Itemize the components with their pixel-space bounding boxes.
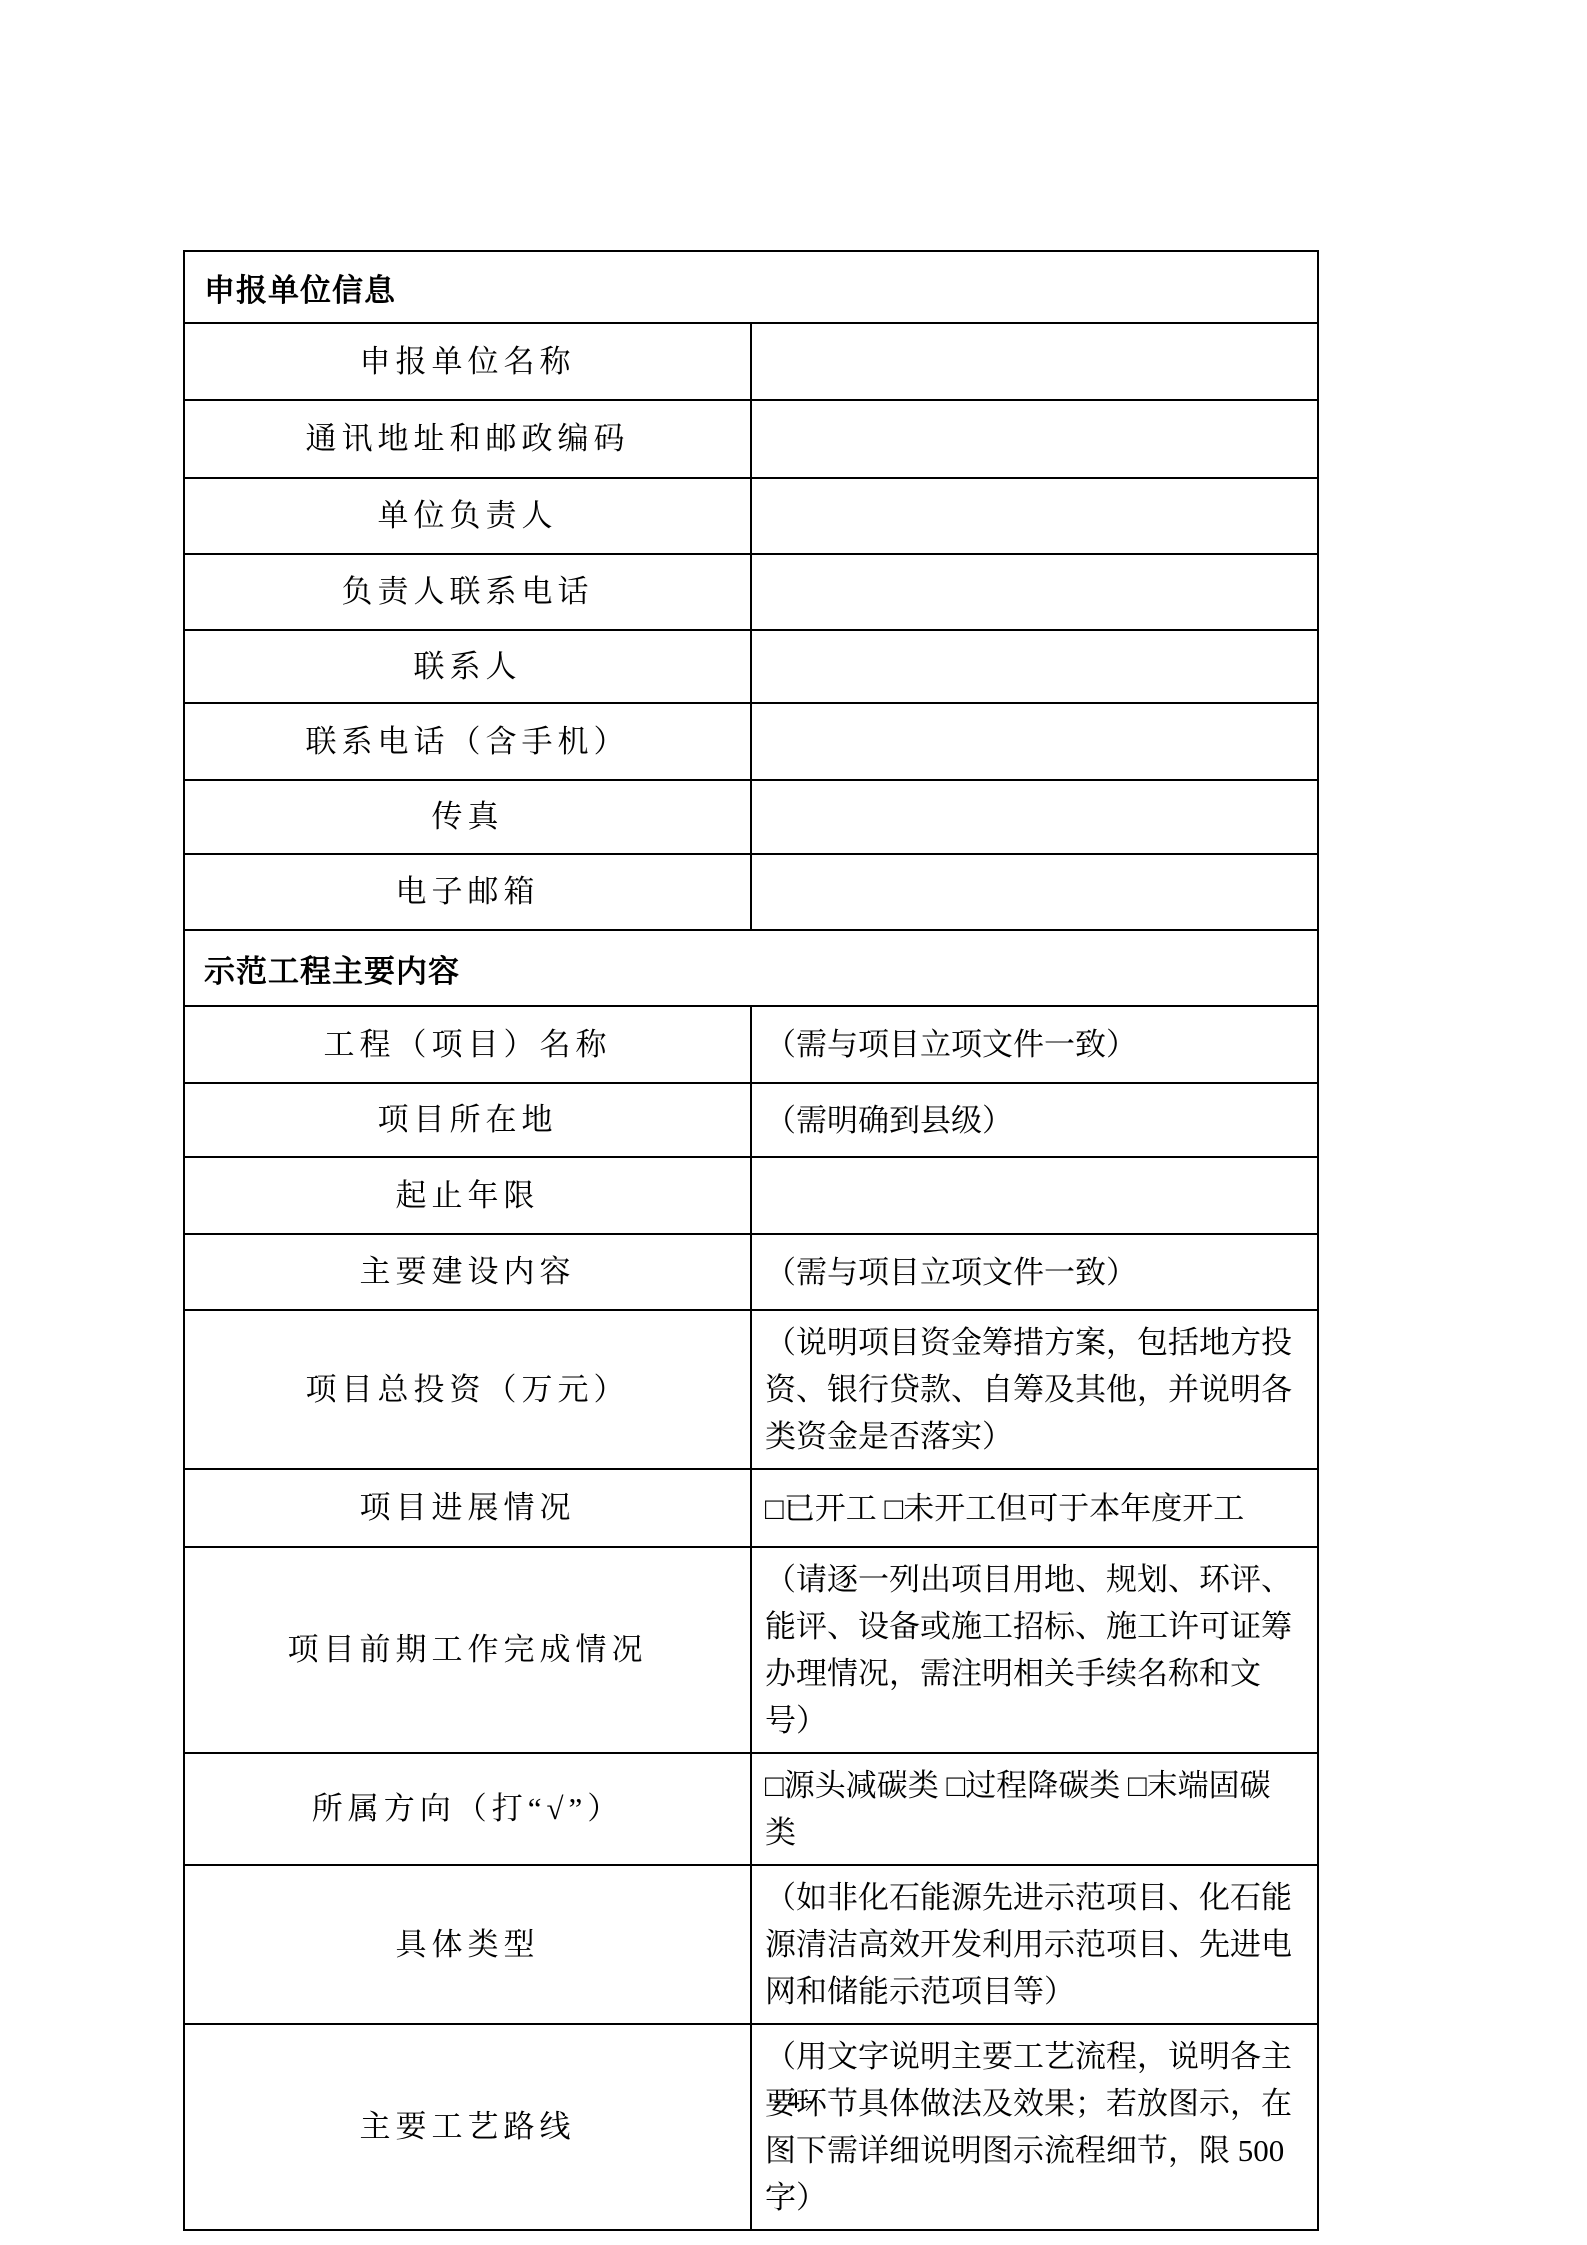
label-project-progress: 项目进展情况 xyxy=(184,1469,751,1547)
value-main-construction-content[interactable]: （需与项目立项文件一致） xyxy=(751,1234,1318,1310)
page-number: - 4 - xyxy=(0,2086,1587,2116)
section-header-project-content: 示范工程主要内容 xyxy=(184,930,1318,1006)
label-fax: 传真 xyxy=(184,780,751,854)
label-total-investment: 项目总投资（万元） xyxy=(184,1310,751,1469)
value-contact-person[interactable] xyxy=(751,630,1318,703)
value-project-duration[interactable] xyxy=(751,1157,1318,1234)
table-row: 主要工艺路线 （用文字说明主要工艺流程，说明各主要环节具体做法及效果；若放图示，… xyxy=(184,2024,1318,2230)
label-contact-phone: 联系电话（含手机） xyxy=(184,703,751,780)
value-total-investment[interactable]: （说明项目资金筹措方案，包括地方投资、银行贷款、自筹及其他，并说明各类资金是否落… xyxy=(751,1310,1318,1469)
label-main-process-route: 主要工艺路线 xyxy=(184,2024,751,2230)
value-applicant-name[interactable] xyxy=(751,323,1318,400)
value-head-phone[interactable] xyxy=(751,554,1318,630)
table-row: 所属方向（打“√”） □源头减碳类 □过程降碳类 □末端固碳类 xyxy=(184,1753,1318,1865)
document-page: 申报单位信息 申报单位名称 通讯地址和邮政编码 单位负责人 负责人联系电话 联系… xyxy=(0,0,1587,2245)
table-row: 工程（项目）名称 （需与项目立项文件一致） xyxy=(184,1006,1318,1083)
label-project-name: 工程（项目）名称 xyxy=(184,1006,751,1083)
table-row: 主要建设内容 （需与项目立项文件一致） xyxy=(184,1234,1318,1310)
table-row: 单位负责人 xyxy=(184,478,1318,554)
label-preliminary-work-status: 项目前期工作完成情况 xyxy=(184,1547,751,1753)
table-row: 联系电话（含手机） xyxy=(184,703,1318,780)
label-head-phone: 负责人联系电话 xyxy=(184,554,751,630)
value-project-name[interactable]: （需与项目立项文件一致） xyxy=(751,1006,1318,1083)
label-email: 电子邮箱 xyxy=(184,854,751,930)
section-header-applicant-info: 申报单位信息 xyxy=(184,251,1318,323)
table-row: 项目进展情况 □已开工 □未开工但可于本年度开工 xyxy=(184,1469,1318,1547)
application-form-table: 申报单位信息 申报单位名称 通讯地址和邮政编码 单位负责人 负责人联系电话 联系… xyxy=(183,250,1319,2231)
value-project-location[interactable]: （需明确到县级） xyxy=(751,1083,1318,1157)
value-email[interactable] xyxy=(751,854,1318,930)
label-mailing-address-postcode: 通讯地址和邮政编码 xyxy=(184,400,751,478)
table-row: 传真 xyxy=(184,780,1318,854)
value-main-process-route[interactable]: （用文字说明主要工艺流程，说明各主要环节具体做法及效果；若放图示，在图下需详细说… xyxy=(751,2024,1318,2230)
label-applicant-name: 申报单位名称 xyxy=(184,323,751,400)
table-row: 联系人 xyxy=(184,630,1318,703)
table-row: 申报单位信息 xyxy=(184,251,1318,323)
table-row: 电子邮箱 xyxy=(184,854,1318,930)
table-row: 通讯地址和邮政编码 xyxy=(184,400,1318,478)
table-row: 具体类型 （如非化石能源先进示范项目、化石能源清洁高效开发利用示范项目、先进电网… xyxy=(184,1865,1318,2024)
table-row: 起止年限 xyxy=(184,1157,1318,1234)
table-row: 示范工程主要内容 xyxy=(184,930,1318,1006)
value-fax[interactable] xyxy=(751,780,1318,854)
label-project-duration: 起止年限 xyxy=(184,1157,751,1234)
table-row: 项目前期工作完成情况 （请逐一列出项目用地、规划、环评、能评、设备或施工招标、施… xyxy=(184,1547,1318,1753)
table-row: 负责人联系电话 xyxy=(184,554,1318,630)
label-main-construction-content: 主要建设内容 xyxy=(184,1234,751,1310)
value-unit-head[interactable] xyxy=(751,478,1318,554)
label-contact-person: 联系人 xyxy=(184,630,751,703)
label-direction-category: 所属方向（打“√”） xyxy=(184,1753,751,1865)
label-specific-type: 具体类型 xyxy=(184,1865,751,2024)
value-preliminary-work-status[interactable]: （请逐一列出项目用地、规划、环评、能评、设备或施工招标、施工许可证筹办理情况，需… xyxy=(751,1547,1318,1753)
table-row: 申报单位名称 xyxy=(184,323,1318,400)
table-row: 项目总投资（万元） （说明项目资金筹措方案，包括地方投资、银行贷款、自筹及其他，… xyxy=(184,1310,1318,1469)
value-direction-category-checkboxes[interactable]: □源头减碳类 □过程降碳类 □末端固碳类 xyxy=(751,1753,1318,1865)
value-mailing-address-postcode[interactable] xyxy=(751,400,1318,478)
label-project-location: 项目所在地 xyxy=(184,1083,751,1157)
table-row: 项目所在地 （需明确到县级） xyxy=(184,1083,1318,1157)
value-contact-phone[interactable] xyxy=(751,703,1318,780)
label-unit-head: 单位负责人 xyxy=(184,478,751,554)
value-specific-type[interactable]: （如非化石能源先进示范项目、化石能源清洁高效开发利用示范项目、先进电网和储能示范… xyxy=(751,1865,1318,2024)
value-project-progress-checkboxes[interactable]: □已开工 □未开工但可于本年度开工 xyxy=(751,1469,1318,1547)
